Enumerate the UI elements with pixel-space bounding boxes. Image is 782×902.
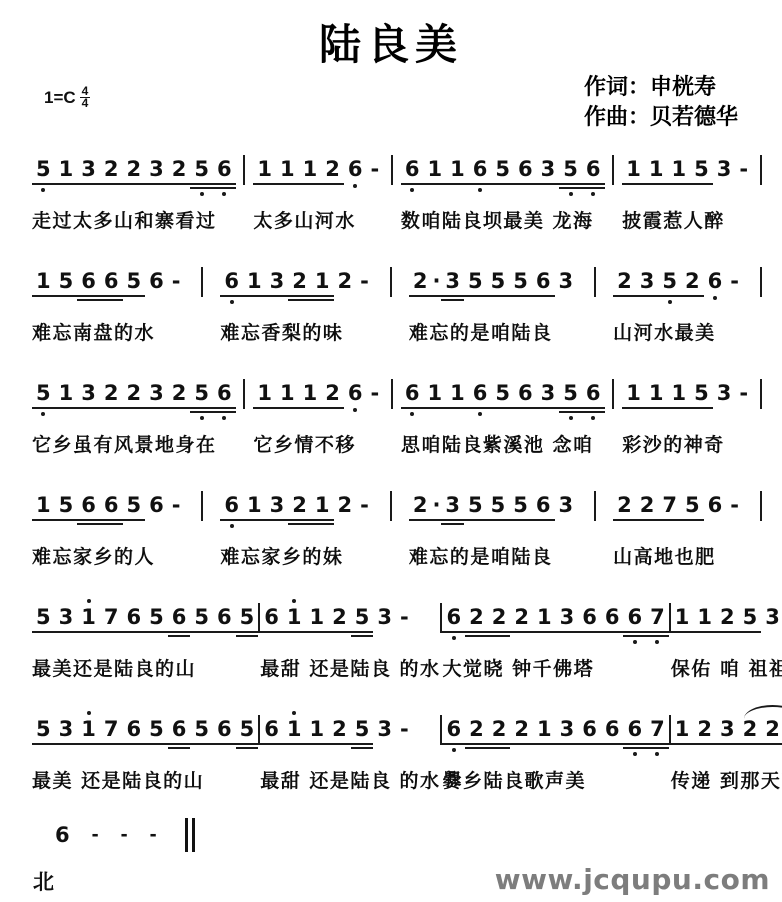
note-digit: 3 [717,157,732,181]
duration-underline [351,631,374,633]
low-octave-dot [353,184,357,188]
note: - [730,260,739,293]
high-octave-dot [87,711,91,715]
duration-underline [622,407,645,409]
notes-row: 6222136667 [442,596,668,648]
barline [760,267,762,297]
duration-underline [123,183,146,185]
tail-character: 北 [33,866,199,896]
note: 5 [355,596,370,637]
note-digit: 1 [649,381,664,405]
duration-underline [488,635,511,637]
note-digit: 2 [292,493,307,517]
duration-underline [168,635,191,637]
duration-underline [77,523,100,525]
note: 6 [149,260,164,293]
measure: 11126-它乡情不移 [253,372,383,457]
high-octave-slot [292,596,296,605]
measure: 6222136667爨乡陆良歌声美 [442,708,668,793]
note: 6 [217,148,232,196]
ending-measure: 6--- 北 [55,818,199,896]
note: 2 [413,260,428,297]
duration-underline [77,295,100,297]
duration-underline [55,519,78,521]
note-digit: 3 [270,493,285,517]
note-digit: 1 [315,269,330,293]
measure: 11153-彩沙的神奇 [622,372,752,457]
duration-underline [351,743,374,745]
duration-underline [123,295,146,297]
duration-underline [168,747,191,749]
duration-underline [441,519,464,521]
duration-underline [55,407,78,409]
note-digit: 5 [468,493,483,517]
note: · [432,260,440,297]
note-digit: 1 [287,717,302,741]
note-digit: 2 [685,269,700,293]
duration-underline [681,519,704,521]
duration-underline [646,631,669,633]
duration-underline [55,183,78,185]
note: 1 [287,708,302,745]
note: 5 [240,708,255,749]
duration-underline [311,295,334,297]
note-digit: 1 [257,157,272,181]
note: 5 [513,260,528,297]
note: 1 [280,372,295,409]
note: 1 [81,596,96,633]
note: 2 [292,484,307,525]
note: 5 [694,148,709,185]
measure: 156656-难忘南盘的水 [32,260,184,345]
note-digit: 1 [36,269,51,293]
duration-underline [623,743,646,745]
notes-row: 611656356 [401,148,605,200]
note-digit: 3 [81,381,96,405]
duration-underline [613,519,636,521]
note: 2 [514,708,529,745]
measure: 23526-山河水最美 [613,260,743,345]
ending-dash: - [92,823,99,847]
note: 3 [149,148,164,185]
note-digit: 1 [81,717,96,741]
note: 5 [149,708,164,745]
note-digit: 5 [662,269,677,293]
low-octave-slot [478,409,482,416]
note: 6 [582,708,597,745]
note-digit: 1 [310,717,325,741]
note: 5 [491,484,506,521]
note-digit: 6 [81,269,96,293]
note: 6 [586,372,601,420]
note: 1 [672,148,687,185]
duration-underline [168,183,191,185]
duration-underline [739,631,762,633]
duration-underline [636,295,659,297]
note: 1 [675,708,690,745]
note: 6 [172,708,187,749]
note-digit: 5 [194,605,209,629]
note: 3 [560,596,575,633]
note-digit: 2 [325,381,340,405]
note: 5 [59,260,74,297]
note: 5 [149,596,164,633]
note-digit: - [400,605,409,629]
duration-underline [465,635,488,637]
note: 6 [81,260,96,301]
note-digit: 6 [224,269,239,293]
note: 5 [36,596,51,633]
note-digit: 5 [355,717,370,741]
note-digit: 5 [127,493,142,517]
duration-underline [441,299,464,301]
note-digit: 1 [310,605,325,629]
note: 5 [194,708,209,745]
duration-underline [55,631,78,633]
measure: 611253-最甜 还是陆良 的水 [260,596,440,681]
note: 1 [672,372,687,409]
note-digit: 5 [355,605,370,629]
note: 6 [264,596,279,633]
note-digit: 1 [247,269,262,293]
note-digit: 5 [495,157,510,181]
duration-underline [243,295,266,297]
note-digit: 5 [563,381,578,405]
duration-underline [100,631,123,633]
duration-underline [716,631,739,633]
note: 6 [518,372,533,409]
duration-underline [559,407,582,409]
note-digit: 1 [649,157,664,181]
lyric-text: 它乡虽有风景地身在 [32,430,236,457]
note: 5 [36,148,51,192]
duration-underline [578,743,601,745]
note-digit: 2 [104,157,119,181]
note-digit: 6 [264,717,279,741]
duration-underline [487,295,510,297]
note: 2 [292,260,307,301]
note-digit: 2 [104,381,119,405]
note-digit: 1 [537,717,552,741]
note: 5 [36,708,51,745]
duration-underline [556,743,579,745]
note-digit: 3 [377,717,392,741]
note: 1 [315,260,330,301]
note: 1 [626,372,641,409]
duration-underline [532,519,555,521]
note: 6 [582,596,597,633]
notes-row: 5317656565 [32,596,258,648]
lyric-text: 太多山河水 [253,206,383,233]
note-digit: 5 [513,269,528,293]
duration-underline [77,743,100,745]
low-octave-dot [222,416,226,420]
duration-underline [491,183,514,185]
low-octave-slot [633,749,637,756]
note: 2 [172,372,187,409]
barline [760,379,762,409]
note-digit: 3 [81,157,96,181]
note: 6 [446,708,461,752]
notation-system: 156656-难忘南盘的水613212-难忘香梨的味2·355563难忘的是咱陆… [32,260,762,345]
duration-underline [276,407,299,409]
note: 7 [650,708,665,756]
note-digit: 2 [127,381,142,405]
note-digit: 6 [405,157,420,181]
note: 5 [563,148,578,196]
lyric-text: 保佑 咱 祖祖辈辈 [671,654,782,681]
duration-underline [761,743,782,745]
duration-underline [145,183,168,185]
duration-underline [636,519,659,521]
note: 6 [536,484,551,521]
note-digit: 1 [81,605,96,629]
time-signature-bottom: 4 [80,98,91,109]
duration-underline [693,743,716,745]
duration-underline [351,747,374,749]
site-watermark: www.jcqupu.com [495,863,770,896]
note: 1 [450,372,465,409]
duration-underline [533,631,556,633]
note-digit: 6 [172,717,187,741]
note-digit: - [739,381,748,405]
note-digit: 5 [491,269,506,293]
key-time-signature: 1=C 4 4 [44,86,90,109]
note-digit: 5 [149,605,164,629]
notes-row: 513223256 [32,372,236,424]
note: 5 [355,708,370,749]
duration-underline [288,299,311,301]
note: 6 [605,596,620,633]
measure: 513223256它乡虽有风景地身在 [32,372,236,457]
note-digit: 1 [428,381,443,405]
duration-underline [488,747,511,749]
low-octave-slot [591,413,595,420]
duration-underline [123,519,146,521]
note-digit: 6 [708,269,723,293]
note: 3 [81,148,96,185]
barline [192,818,195,852]
note-digit: 2 [127,157,142,181]
measure: 156656-难忘家乡的人 [32,484,184,569]
duration-underline [622,183,645,185]
measure: 6222136667大觉晓 钟千佛塔 [442,596,668,681]
note: 1 [428,148,443,185]
duration-underline [190,407,213,409]
note: 6 [149,484,164,517]
note-digit: 6 [264,605,279,629]
note-digit: 1 [247,493,262,517]
note-digit: 2 [332,605,347,629]
duration-underline [168,631,191,633]
note-digit: 5 [495,381,510,405]
duration-underline [190,183,213,185]
note-digit: 2 [514,605,529,629]
duration-underline [123,631,146,633]
duration-underline [510,631,533,633]
note-digit: 2 [413,269,428,293]
note-digit: 6 [149,493,164,517]
duration-underline [190,743,213,745]
lyric-text: 数咱陆良坝最美 龙海 [401,206,605,233]
notes-row: 613212- [220,484,372,536]
note: 1 [36,260,51,297]
note-digit: 6 [127,717,142,741]
note: 6 [104,484,119,525]
note-digit: 3 [717,381,732,405]
note-digit: 5 [194,717,209,741]
duration-underline [488,743,511,745]
duration-underline [601,743,624,745]
note: 7 [650,596,665,644]
note-digit: 3 [445,493,460,517]
low-octave-dot [410,412,414,416]
duration-underline [582,407,605,409]
lyric-text: 难忘南盘的水 [32,318,184,345]
barline [612,379,614,409]
low-octave-dot [230,300,234,304]
barline [760,491,762,521]
low-octave-dot [200,416,204,420]
duration-underline [311,299,334,301]
note: 1 [310,708,325,745]
low-octave-slot [569,413,573,420]
note-digit: 6 [586,381,601,405]
note-digit: 3 [720,717,735,741]
note-digit: 2 [292,269,307,293]
measure: 1232225传递 到那天南和海 [671,708,782,793]
note: 5 [59,484,74,521]
notes-row: 5317656565 [32,708,258,760]
barline [391,379,393,409]
note: 2 [720,596,735,633]
note: 5 [468,260,483,297]
note-digit: 5 [36,605,51,629]
duration-underline [168,743,191,745]
note: 5 [563,372,578,420]
low-octave-slot [452,633,456,640]
note-digit: 2 [514,717,529,741]
duration-underline [532,295,555,297]
low-octave-slot [41,409,45,416]
note-digit: 6 [348,157,363,181]
duration-underline [537,183,560,185]
low-octave-dot [478,412,482,416]
duration-underline [100,407,123,409]
measure: 611656356思咱陆良紫溪池 念咱 [401,372,605,457]
high-octave-dot [87,599,91,603]
duration-underline [668,183,691,185]
note-digit: 1 [672,157,687,181]
note: 1 [697,596,712,633]
duration-underline [645,183,668,185]
notes-row: 513223256 [32,148,236,200]
note-digit: 5 [694,381,709,405]
duration-underline [253,407,276,409]
note-digit: 6 [518,381,533,405]
measure: 2·355563难忘的是咱陆良 [409,260,577,345]
note-digit: 7 [104,605,119,629]
low-octave-dot [668,300,672,304]
note: - [360,484,369,517]
lyric-text: 披霞惹人醉 [622,206,752,233]
note: 6 [172,596,187,637]
note-digit: 1 [303,157,318,181]
note: 2 [338,484,353,517]
note-digit: 3 [640,269,655,293]
note-digit: 6 [104,493,119,517]
note: 5 [194,148,209,196]
duration-underline [441,295,464,297]
duration-underline [100,523,123,525]
duration-underline [509,295,532,297]
low-octave-dot [655,640,659,644]
measure: 611253-最甜 还是陆良 的水 [260,708,440,793]
duration-underline [645,407,668,409]
note-digit: - [370,157,379,181]
note-digit: · [432,493,440,517]
credits-block: 作词：申桄寿 作曲：贝若德华 [584,72,738,132]
measure: 611656356数咱陆良坝最美 龙海 [401,148,605,233]
barline [185,818,188,852]
note: 6 [405,372,420,416]
note: 6 [81,484,96,525]
note-digit: 2 [492,605,507,629]
low-octave-dot [655,752,659,756]
duration-underline [145,407,168,409]
note: 6 [627,596,642,644]
duration-underline [288,523,311,525]
duration-underline [646,743,669,745]
note-digit: 2 [469,717,484,741]
note: 5 [127,484,142,521]
note-digit: 6 [582,605,597,629]
lyric-text: 山高地也肥 [613,542,743,569]
note: 2 [172,148,187,185]
low-octave-slot [353,405,357,412]
note: 6 [224,260,239,304]
duration-underline [351,635,374,637]
duration-underline [145,631,168,633]
note: - [730,484,739,517]
note-digit: 6 [446,605,461,629]
final-double-barline [185,818,199,852]
ending-dash: - [121,823,128,847]
note-digit: 6 [582,717,597,741]
note: 1 [315,484,330,525]
note-digit: 6 [224,493,239,517]
measure: 513223256走过太多山和寨看过 [32,148,236,233]
duration-underline [283,743,306,745]
note: - [739,148,748,181]
note: 6 [708,484,723,517]
note: 3 [81,372,96,409]
low-octave-slot [591,189,595,196]
note-digit: 5 [240,605,255,629]
note-digit: 2 [617,493,632,517]
notes-row: 23526- [613,260,743,312]
duration-underline [213,407,236,409]
duration-underline [123,743,146,745]
notes-row: 156656- [32,260,184,312]
duration-underline [260,631,283,633]
note: 5 [743,596,758,633]
duration-underline [32,295,55,297]
duration-underline [446,407,469,409]
note-digit: 1 [287,605,302,629]
lyric-text: 思咱陆良紫溪池 念咱 [401,430,605,457]
note: 7 [662,484,677,521]
